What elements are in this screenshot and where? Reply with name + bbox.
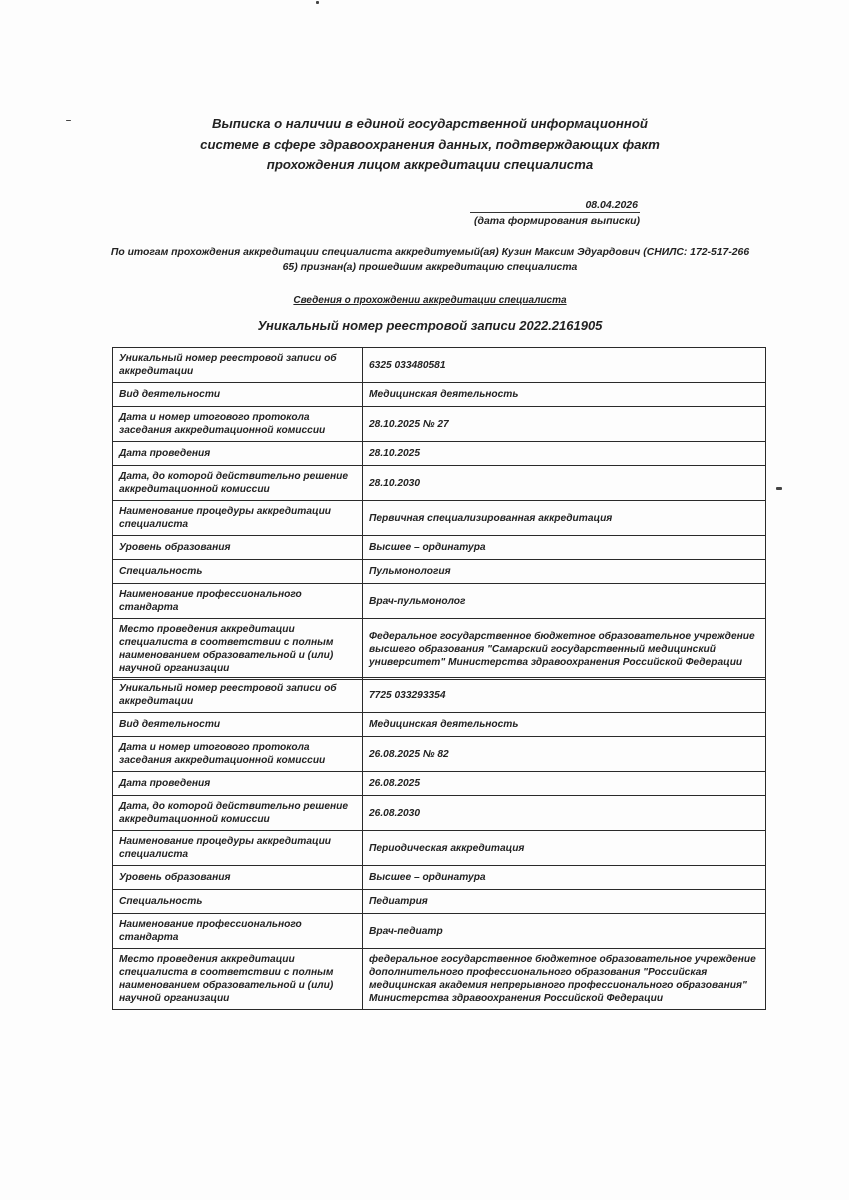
table-row: Дата, до которой действительно решение а… xyxy=(113,796,766,831)
title-line: прохождения лицом аккредитации специалис… xyxy=(200,155,660,176)
scan-speck xyxy=(66,120,71,121)
table-row: Место проведения аккредитации специалист… xyxy=(113,619,766,680)
table-row: Наименование процедуры аккредитации спец… xyxy=(113,501,766,536)
row-value: Первичная специализированная аккредитаци… xyxy=(363,501,766,536)
title-line: системе в сфере здравоохранения данных, … xyxy=(200,135,660,156)
table-row: Наименование процедуры аккредитации спец… xyxy=(113,831,766,866)
row-value: Федеральное государственное бюджетное об… xyxy=(363,619,766,680)
row-value: федеральное государственное бюджетное об… xyxy=(363,949,766,1010)
formation-date-caption: (дата формирования выписки) xyxy=(470,215,640,227)
scan-speck xyxy=(776,487,782,490)
row-label: Уровень образования xyxy=(113,536,363,560)
title-line: Выписка о наличии в единой государственн… xyxy=(200,114,660,135)
row-label: Место проведения аккредитации специалист… xyxy=(113,619,363,680)
document-title: Выписка о наличии в единой государственн… xyxy=(200,114,660,176)
row-value: 28.10.2030 xyxy=(363,466,766,501)
table-row: Уникальный номер реестровой записи об ак… xyxy=(113,348,766,383)
row-value: 26.08.2025 xyxy=(363,772,766,796)
table-row: Уникальный номер реестровой записи об ак… xyxy=(113,678,766,713)
row-value: Медицинская деятельность xyxy=(363,383,766,407)
row-label: Уникальный номер реестровой записи об ак… xyxy=(113,678,363,713)
row-value: 28.10.2025 № 27 xyxy=(363,407,766,442)
row-value: Пульмонология xyxy=(363,560,766,584)
row-value: 26.08.2025 № 82 xyxy=(363,737,766,772)
row-value: Педиатрия xyxy=(363,890,766,914)
row-value: Врач-пульмонолог xyxy=(363,584,766,619)
row-value: 7725 033293354 xyxy=(363,678,766,713)
row-label: Наименование профессионального стандарта xyxy=(113,914,363,949)
row-label: Специальность xyxy=(113,560,363,584)
row-value: 26.08.2030 xyxy=(363,796,766,831)
scanned-page: Выписка о наличии в единой государственн… xyxy=(0,0,849,1200)
row-label: Дата проведения xyxy=(113,772,363,796)
row-label: Место проведения аккредитации специалист… xyxy=(113,949,363,1010)
table-row: Дата и номер итогового протокола заседан… xyxy=(113,407,766,442)
row-value: Медицинская деятельность xyxy=(363,713,766,737)
row-label: Дата, до которой действительно решение а… xyxy=(113,796,363,831)
table-row: Дата проведения28.10.2025 xyxy=(113,442,766,466)
accreditation-table-1: Уникальный номер реестровой записи об ак… xyxy=(112,347,766,680)
table-row: Уровень образованияВысшее – ординатура xyxy=(113,536,766,560)
table-row: Наименование профессионального стандарта… xyxy=(113,584,766,619)
row-label: Наименование процедуры аккредитации спец… xyxy=(113,831,363,866)
table-row: Уровень образованияВысшее – ординатура xyxy=(113,866,766,890)
row-label: Вид деятельности xyxy=(113,713,363,737)
table-row: Вид деятельностиМедицинская деятельность xyxy=(113,713,766,737)
scan-speck xyxy=(316,1,319,4)
table-row: Дата и номер итогового протокола заседан… xyxy=(113,737,766,772)
row-label: Уровень образования xyxy=(113,866,363,890)
formation-date-block: 08.04.2026 (дата формирования выписки) xyxy=(470,199,640,227)
row-value: Врач-педиатр xyxy=(363,914,766,949)
row-value: Высшее – ординатура xyxy=(363,536,766,560)
row-label: Уникальный номер реестровой записи об ак… xyxy=(113,348,363,383)
formation-date: 08.04.2026 xyxy=(470,199,640,213)
table-row: СпециальностьПедиатрия xyxy=(113,890,766,914)
table-row: Дата проведения26.08.2025 xyxy=(113,772,766,796)
row-label: Дата и номер итогового протокола заседан… xyxy=(113,407,363,442)
table-row: Вид деятельностиМедицинская деятельность xyxy=(113,383,766,407)
accreditation-table-2: Уникальный номер реестровой записи об ак… xyxy=(112,677,766,1010)
row-value: 6325 033480581 xyxy=(363,348,766,383)
row-value: 28.10.2025 xyxy=(363,442,766,466)
row-label: Дата, до которой действительно решение а… xyxy=(113,466,363,501)
row-label: Специальность xyxy=(113,890,363,914)
section-heading: Сведения о прохождении аккредитации спец… xyxy=(230,295,630,306)
registry-title: Уникальный номер реестровой записи 2022.… xyxy=(200,318,660,333)
row-label: Дата проведения xyxy=(113,442,363,466)
intro-text: По итогам прохождения аккредитации специ… xyxy=(110,245,750,275)
row-label: Наименование профессионального стандарта xyxy=(113,584,363,619)
row-label: Наименование процедуры аккредитации спец… xyxy=(113,501,363,536)
table-row: Место проведения аккредитации специалист… xyxy=(113,949,766,1010)
row-label: Вид деятельности xyxy=(113,383,363,407)
table-row: Наименование профессионального стандарта… xyxy=(113,914,766,949)
table-row: СпециальностьПульмонология xyxy=(113,560,766,584)
table-row: Дата, до которой действительно решение а… xyxy=(113,466,766,501)
row-label: Дата и номер итогового протокола заседан… xyxy=(113,737,363,772)
row-value: Периодическая аккредитация xyxy=(363,831,766,866)
row-value: Высшее – ординатура xyxy=(363,866,766,890)
